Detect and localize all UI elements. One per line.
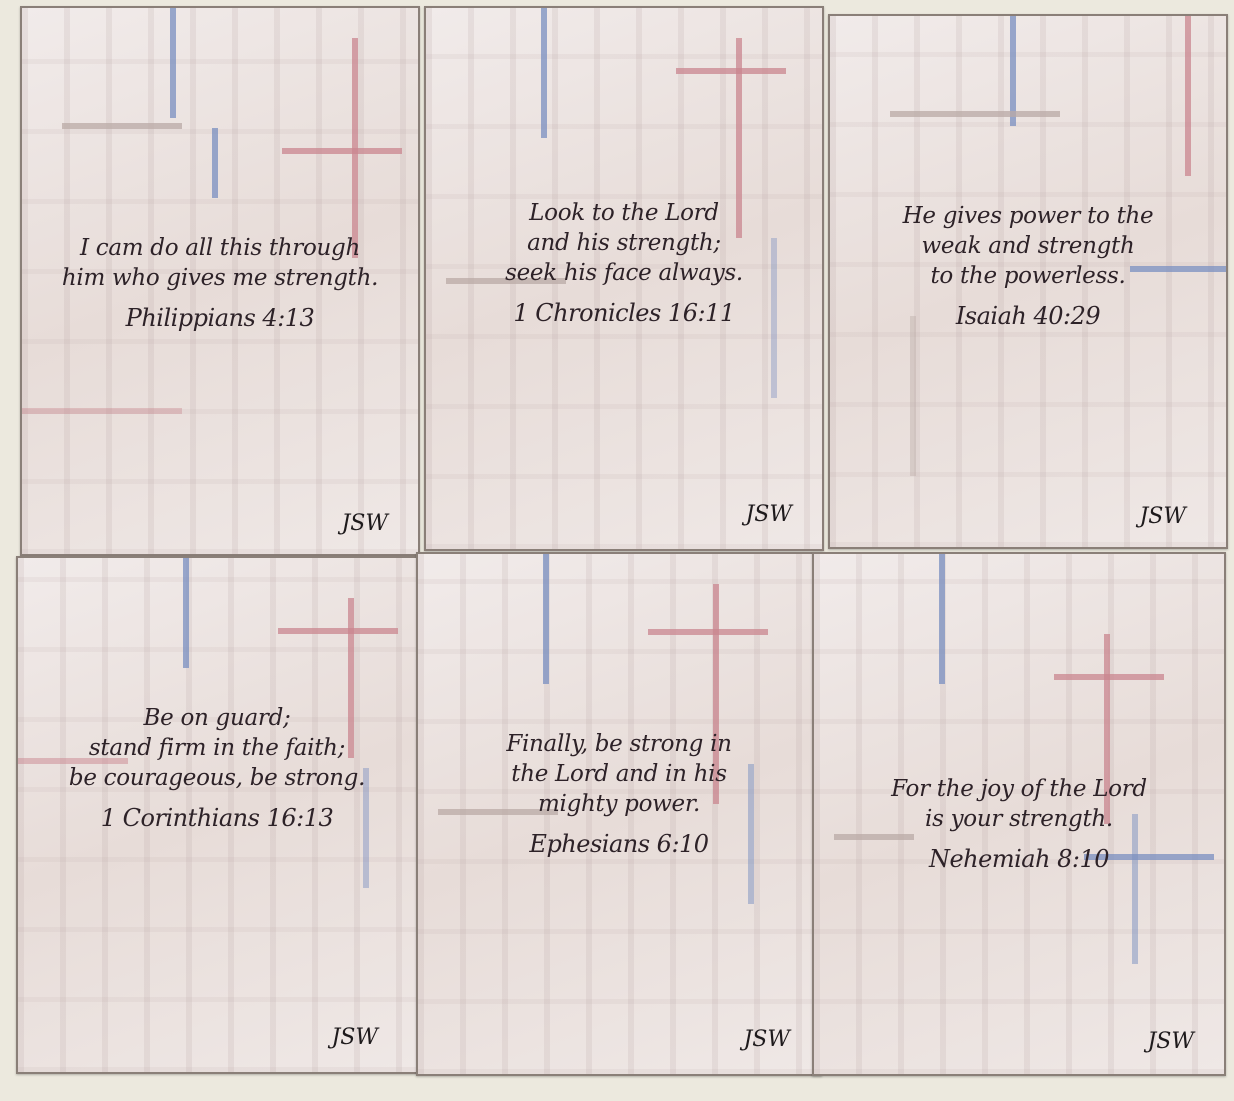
verse-line: be courageous, be strong. [18, 763, 416, 793]
verse-line: He gives power to the [830, 201, 1226, 231]
scripture-card-isaiah: He gives power to the weak and strength … [828, 14, 1228, 549]
verse-text: He gives power to the weak and strength … [830, 201, 1226, 331]
red-cross-stroke [1185, 16, 1191, 176]
grey-cross-stroke [890, 111, 1060, 117]
scripture-card-ephesians: Finally, be strong in the Lord and in hi… [416, 552, 822, 1076]
blue-cross-stroke [170, 8, 176, 118]
blue-cross-stroke [543, 554, 549, 684]
scripture-card-corinthians: Be on guard; stand firm in the faith; be… [16, 556, 418, 1074]
verse-text: For the joy of the Lord is your strength… [814, 774, 1224, 874]
scripture-card-nehemiah: For the joy of the Lord is your strength… [812, 552, 1226, 1076]
verse-reference: 1 Chronicles 16:11 [426, 298, 822, 328]
verse-line: is your strength. [814, 804, 1224, 834]
verse-line: Be on guard; [18, 703, 416, 733]
scripture-card-philippians: I cam do all this through him who gives … [20, 6, 420, 556]
verse-line: and his strength; [426, 228, 822, 258]
red-cross-stroke [648, 629, 768, 635]
verse-text: Finally, be strong in the Lord and in hi… [418, 729, 820, 859]
artist-signature: JSW [331, 1025, 378, 1050]
artist-signature: JSW [1147, 1029, 1194, 1054]
verse-line: Finally, be strong in [418, 729, 820, 759]
verse-line: mighty power. [418, 789, 820, 819]
grey-cross-stroke [62, 123, 182, 129]
red-cross-stroke [278, 628, 398, 634]
blue-cross-stroke [1010, 16, 1016, 126]
verse-text: I cam do all this through him who gives … [22, 233, 418, 333]
verse-line: weak and strength [830, 231, 1226, 261]
red-cross-stroke [1054, 674, 1164, 680]
artist-signature: JSW [743, 1027, 790, 1052]
verse-line: him who gives me strength. [22, 263, 418, 293]
verse-reference: Isaiah 40:29 [830, 301, 1226, 331]
verse-line: For the joy of the Lord [814, 774, 1224, 804]
verse-line: Look to the Lord [426, 198, 822, 228]
blue-cross-stroke [939, 554, 945, 684]
red-cross-stroke [282, 148, 402, 154]
verse-line: I cam do all this through [22, 233, 418, 263]
verse-reference: 1 Corinthians 16:13 [18, 803, 416, 833]
artist-signature: JSW [1139, 504, 1186, 529]
blue-cross-stroke [183, 558, 189, 668]
red-cross-stroke [22, 408, 182, 414]
verse-reference: Nehemiah 8:10 [814, 844, 1224, 874]
blue-cross-stroke [541, 8, 547, 138]
verse-text: Look to the Lord and his strength; seek … [426, 198, 822, 328]
verse-line: the Lord and in his [418, 759, 820, 789]
grey-cross-stroke [910, 316, 916, 476]
verse-reference: Ephesians 6:10 [418, 829, 820, 859]
verse-text: Be on guard; stand firm in the faith; be… [18, 703, 416, 833]
artist-signature: JSW [745, 502, 792, 527]
scripture-card-chronicles: Look to the Lord and his strength; seek … [424, 6, 824, 551]
verse-reference: Philippians 4:13 [22, 303, 418, 333]
verse-line: to the powerless. [830, 261, 1226, 291]
red-cross-stroke [676, 68, 786, 74]
blue-cross-stroke [212, 128, 218, 198]
verse-line: seek his face always. [426, 258, 822, 288]
artist-signature: JSW [341, 511, 388, 536]
verse-line: stand firm in the faith; [18, 733, 416, 763]
